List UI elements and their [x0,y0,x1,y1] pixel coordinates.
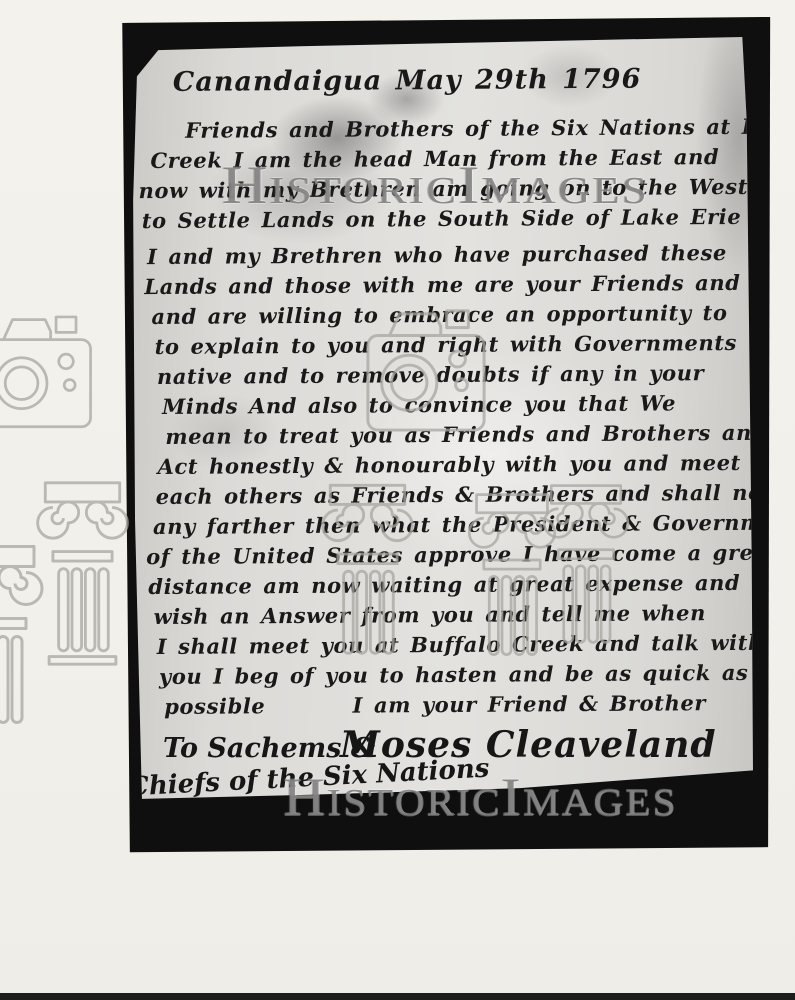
letter-line: of the United States approve I have come… [146,538,749,572]
letter-line: wish an Answer from you and tell me when [153,598,749,632]
historicimages-watermark-top: HistoricImages [222,158,649,212]
letter-line: Friends and Brothers of the Six Nations … [185,112,746,146]
letter-closing-line: possible I am your Friend & Brother [164,688,750,722]
camera-icon [362,300,490,438]
column-icon [0,520,50,740]
letter-line: I shall meet you at Buffalo Creek and ta… [157,628,750,662]
scan-background: Canandaigua May 29th 1796 Friends and Br… [0,0,795,1000]
letter-line: you I beg of you to hasten and be as qui… [159,658,750,692]
letter-line: I and my Brethren who have purchased the… [147,238,747,272]
letter-line: each others as Friends & Brothers and sh… [156,478,749,512]
column-icon [537,460,635,660]
letter-line: any farther then what the President & Go… [153,508,749,542]
letter-line: distance am now waiting at great expense… [148,568,749,602]
column-icon [315,460,420,670]
camera-icon [0,303,96,438]
letter-line: Lands and those with me are your Friends… [144,268,747,302]
letter-dateline: Canandaigua May 29th 1796 [173,56,746,106]
bottom-scan-bar [0,993,795,1000]
historicimages-watermark-bottom: HistoricImages [283,770,677,824]
letter-line: Act honestly & honourably with you and m… [157,448,748,482]
